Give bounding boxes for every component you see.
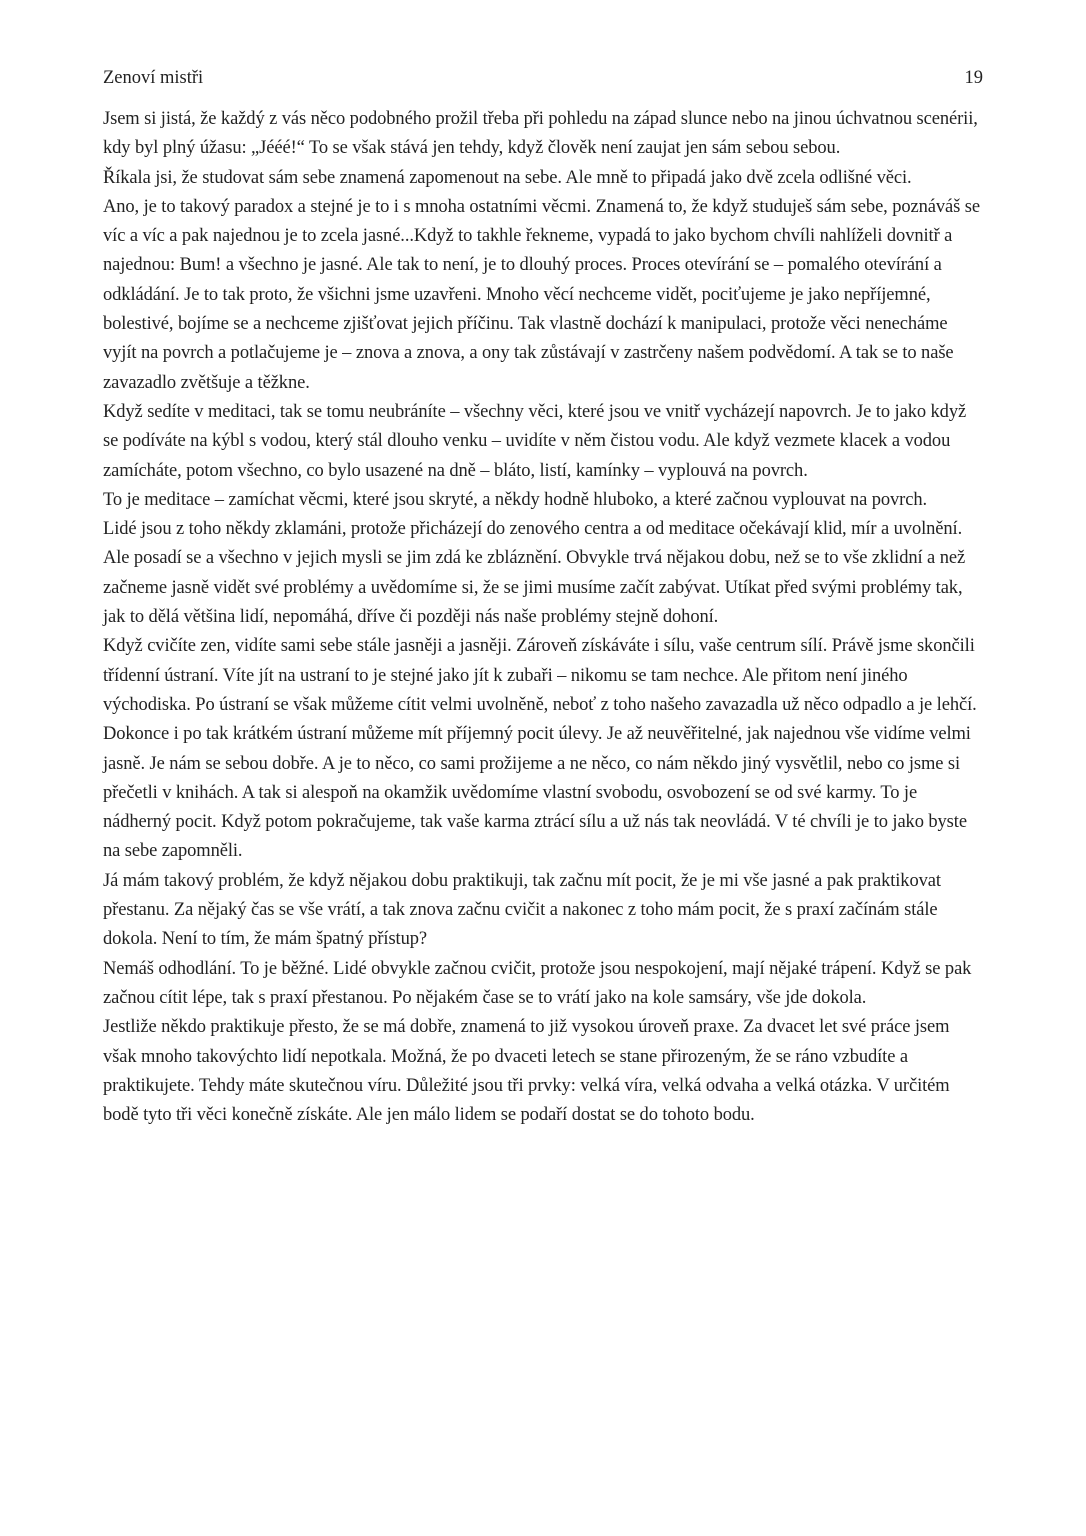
paragraph: To je meditace – zamíchat věcmi, které j…: [103, 486, 983, 515]
paragraph: Říkala jsi, že studovat sám sebe znamená…: [103, 164, 983, 193]
paragraph: Když cvičíte zen, vidíte sami sebe stále…: [103, 632, 983, 866]
paragraph: Já mám takový problém, že když nějakou d…: [103, 867, 983, 955]
page-number: 19: [965, 64, 984, 93]
running-header: Zenoví mistři 19: [103, 64, 983, 93]
paragraph: Jsem si jistá, že každý z vás něco podob…: [103, 105, 983, 164]
paragraph: Když sedíte v meditaci, tak se tomu neub…: [103, 398, 983, 486]
paragraph: Nemáš odhodlání. To je běžné. Lidé obvyk…: [103, 955, 983, 1014]
chapter-title: Zenoví mistři: [103, 64, 203, 93]
paragraph: Lidé jsou z toho někdy zklamáni, protože…: [103, 515, 983, 632]
paragraph: Ano, je to takový paradox a stejné je to…: [103, 193, 983, 398]
document-page: Zenoví mistři 19 Jsem si jistá, že každý…: [103, 64, 983, 1130]
body-text: Jsem si jistá, že každý z vás něco podob…: [103, 105, 983, 1130]
paragraph: Jestliže někdo praktikuje přesto, že se …: [103, 1013, 983, 1130]
